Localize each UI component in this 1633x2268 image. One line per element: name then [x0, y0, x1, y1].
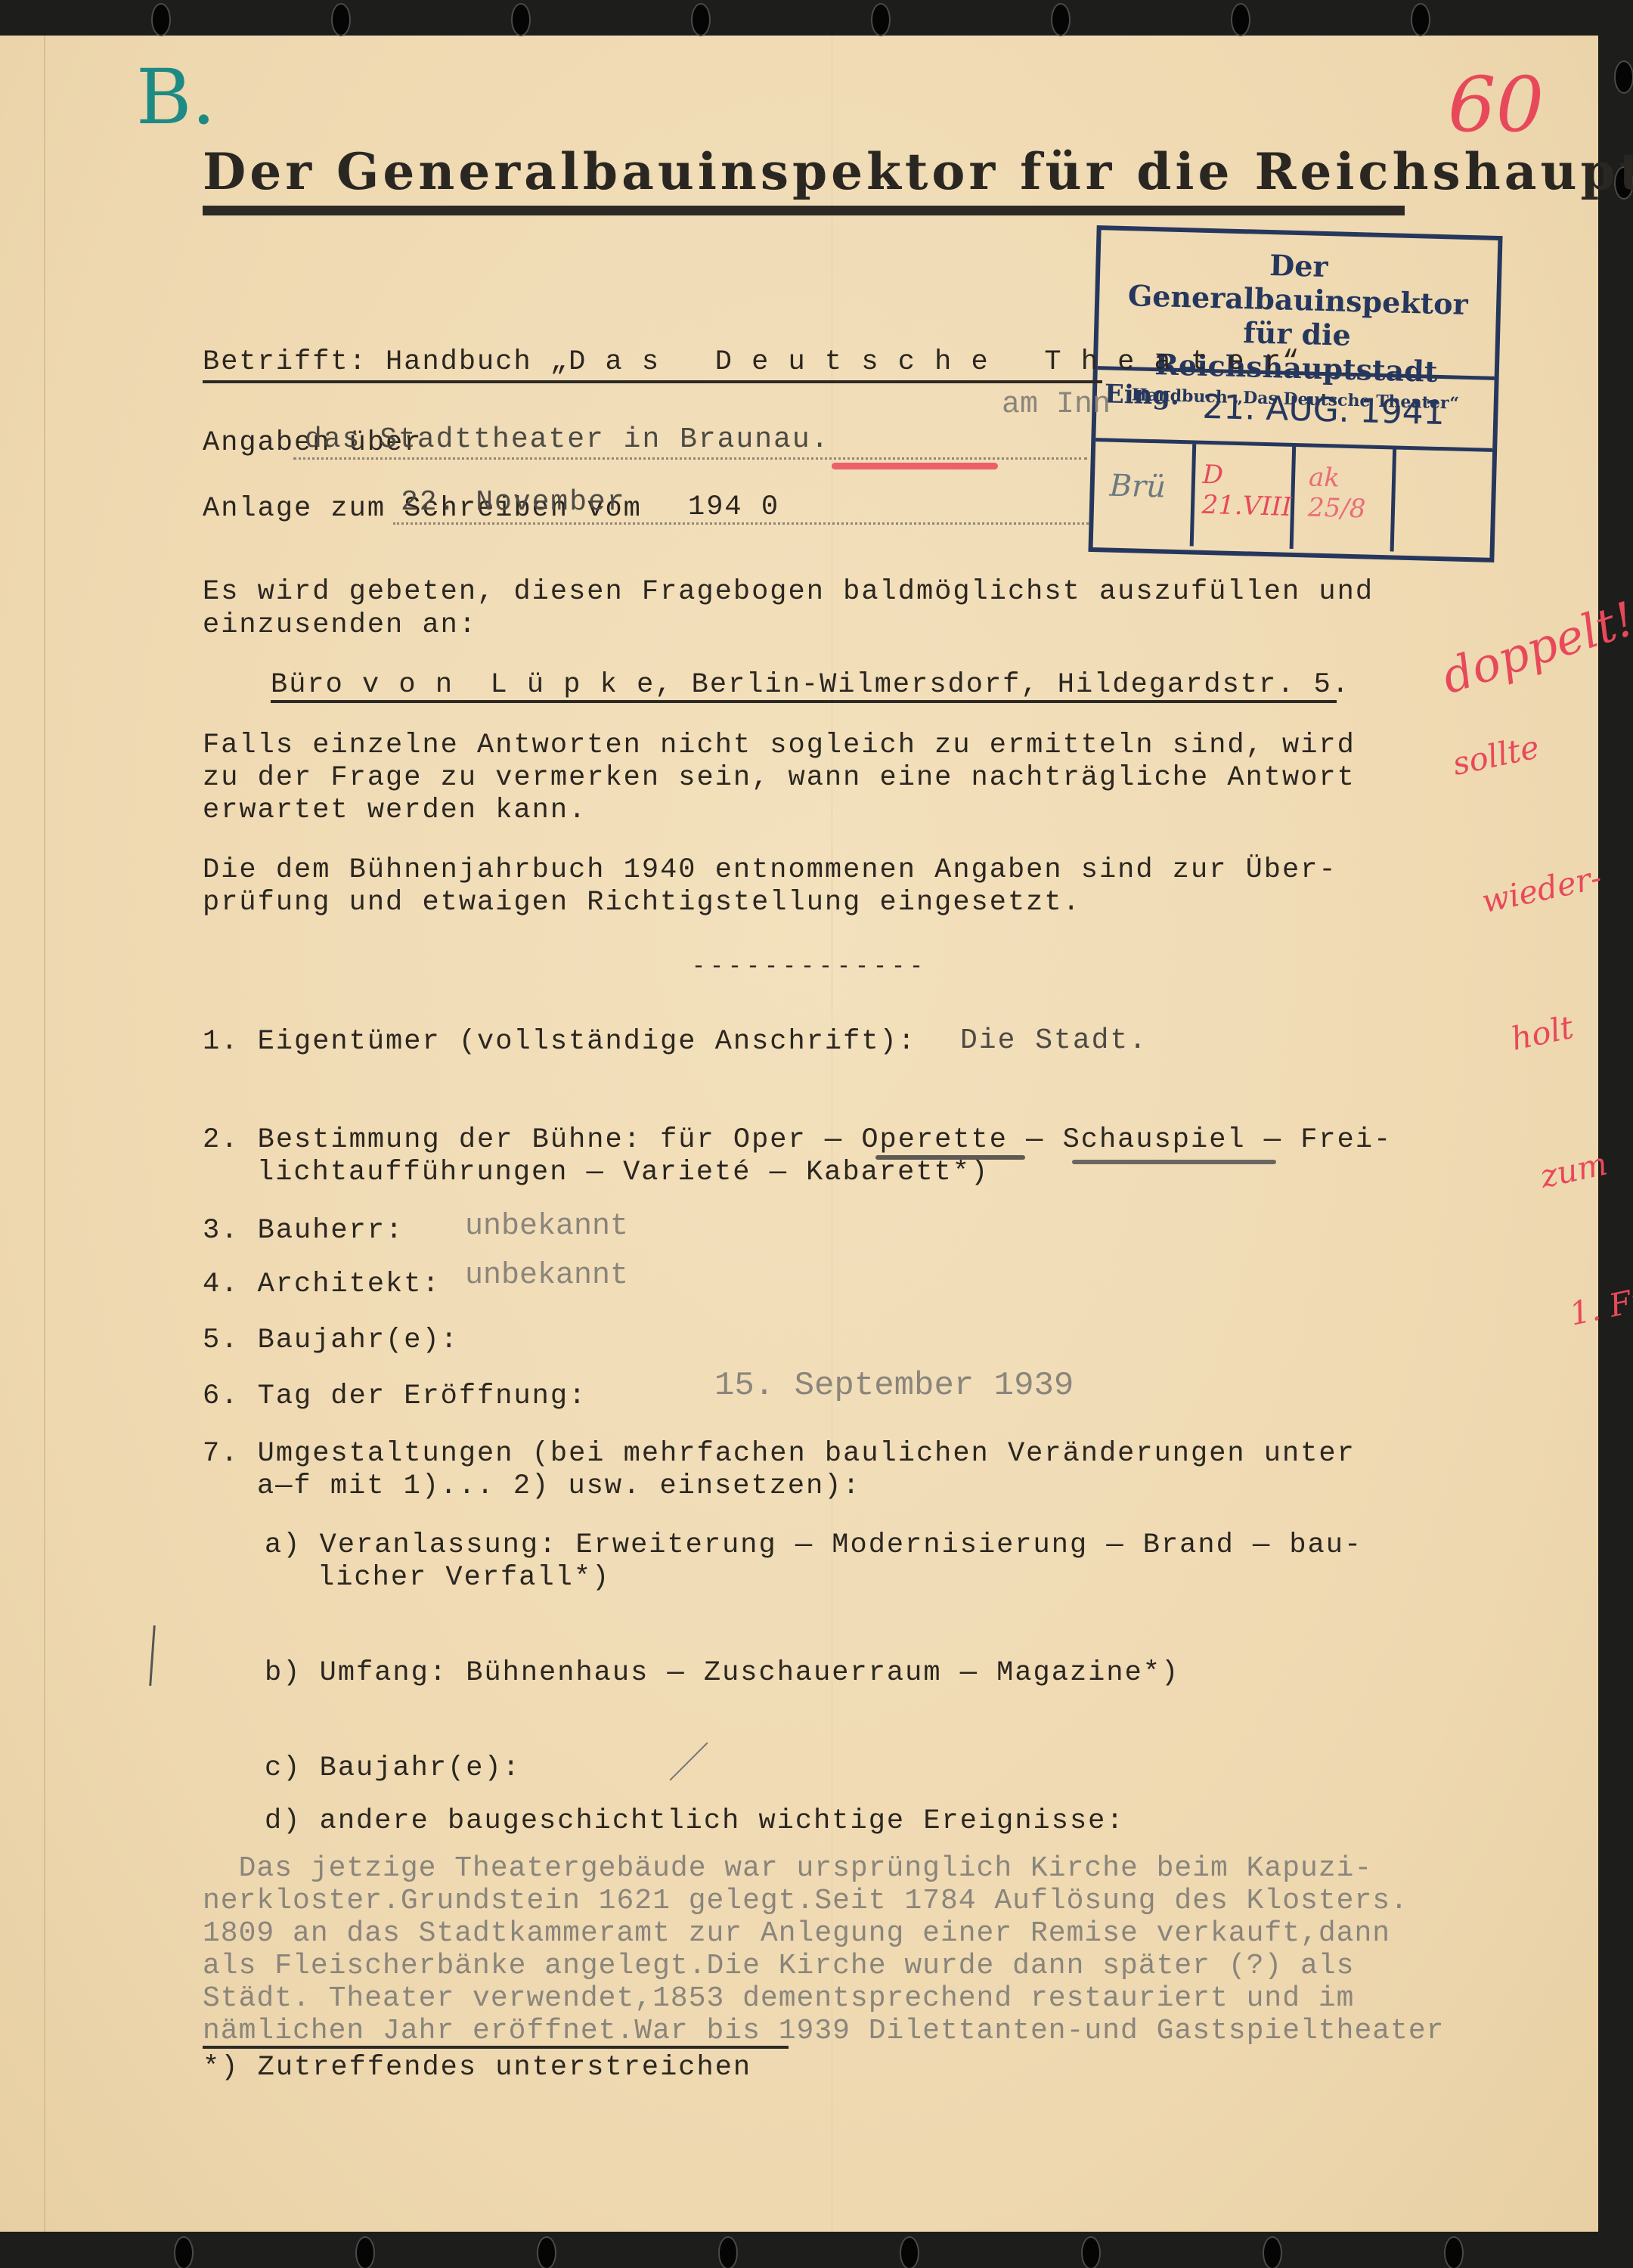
margin-note-line: 1. Fragebg.! — [1565, 1250, 1633, 1337]
punch-hole — [1231, 3, 1250, 36]
question-7b: b) Umfang: Bühnenhaus — Zuschauerraum — … — [265, 1657, 1179, 1689]
answer-3[interactable]: unbekannt — [465, 1210, 628, 1244]
answer-4[interactable]: unbekannt — [465, 1259, 628, 1293]
die-line-2: prüfung und etwaigen Richtigstellung ein… — [203, 887, 1081, 919]
intro-line-1: Es wird gebeten, diesen Fragebogen baldm… — [203, 576, 1374, 608]
stamp-date-row: Eing. 21. AUG. 1941 — [1095, 370, 1494, 452]
pencil-underline-schauspiel — [1072, 1160, 1276, 1164]
punch-hole — [691, 3, 711, 36]
address-line: Büro v o n L ü p k e, Berlin-Wilmersdorf… — [271, 669, 1350, 701]
anlage-year[interactable]: 194 0 — [688, 491, 779, 523]
punch-hole — [1081, 2236, 1101, 2268]
history-line-5[interactable]: Städt. Theater verwendet,1853 dementspre… — [203, 1982, 1354, 2015]
question-3: 3. Bauherr: — [203, 1215, 404, 1247]
stamp-line-1: Der Generalbauinspektor — [1099, 230, 1498, 322]
page-number: 60 — [1448, 60, 1544, 149]
separator: ------------- — [692, 954, 928, 980]
intro-line-2: einzusenden an: — [203, 609, 477, 641]
question-4: 4. Architekt: — [203, 1269, 441, 1300]
punch-hole — [511, 3, 531, 36]
margin-note-line: wieder- — [1477, 838, 1633, 925]
punch-hole — [1614, 60, 1633, 94]
history-line-6[interactable]: nämlichen Jahr eröffnet.War bis 1939 Dil… — [203, 2015, 1444, 2047]
address-underline — [271, 700, 1337, 703]
question-1: 1. Eigentümer (vollständige Anschrift): — [203, 1026, 916, 1058]
margin-note-line: sollte — [1449, 701, 1633, 788]
stamp-cell-text: Brü — [1109, 469, 1166, 505]
punch-hole — [151, 3, 171, 36]
stamp-received-date: 21. AUG. 1941 — [1202, 388, 1446, 432]
history-line-3[interactable]: 1809 an das Stadtkammeramt zur Anlegung … — [203, 1917, 1390, 1950]
falls-line-2: zu der Frage zu vermerken sein, wann ein… — [203, 762, 1356, 794]
question-6: 6. Tag der Eröffnung: — [203, 1380, 587, 1412]
anlage-value[interactable]: 22. November — [401, 486, 626, 519]
question-7-line-1: 7. Umgestaltungen (bei mehrfachen baulic… — [203, 1438, 1356, 1470]
punch-hole — [174, 2236, 194, 2268]
punch-hole — [1051, 3, 1071, 36]
falls-line-3: erwartet werden kann. — [203, 795, 587, 826]
die-line-1: Die dem Bühnenjahrbuch 1940 entnommenen … — [203, 854, 1337, 886]
question-2-line-2: lichtaufführungen — Varieté — Kabarett*) — [257, 1157, 989, 1188]
stamp-cell-text: D 21.VIII — [1201, 460, 1278, 522]
answer-6[interactable]: 15. September 1939 — [714, 1367, 1074, 1405]
subject-underline — [203, 380, 1102, 383]
subject-insert: am Inn — [1002, 388, 1111, 422]
footnote: *) Zutreffendes unterstreichen — [203, 2052, 751, 2084]
red-underline — [832, 463, 998, 469]
punch-hole — [1444, 2236, 1464, 2268]
stamp-cell-text: ak 25/8 — [1308, 463, 1377, 525]
stamp-cell: D 21.VIII — [1193, 445, 1296, 549]
punch-hole — [900, 2236, 919, 2268]
question-7-line-2: a—f mit 1)... 2) usw. einsetzen): — [257, 1470, 861, 1502]
punch-hole — [331, 3, 351, 36]
subject-line: Betrifft: Handbuch „D a s D e u t s c h … — [203, 346, 1300, 378]
question-7c: c) Baujahr(e): — [265, 1752, 521, 1784]
margin-note-line: holt — [1507, 975, 1633, 1062]
punch-hole — [1263, 2236, 1282, 2268]
stamp-cell: Brü — [1093, 442, 1196, 546]
angaben-dotted-line — [293, 457, 1087, 460]
punch-hole — [537, 2236, 556, 2268]
question-7a-line-2: licher Verfall*) — [318, 1562, 610, 1594]
answer-1[interactable]: Die Stadt. — [960, 1024, 1148, 1057]
stamp-cell — [1393, 450, 1492, 554]
punch-hole — [1411, 3, 1430, 36]
history-line-4[interactable]: als Fleischerbänke angelegt.Die Kirche w… — [203, 1950, 1354, 1982]
history-line-1[interactable]: Das jetzige Theatergebäude war ursprüngl… — [203, 1852, 1372, 1885]
stamp-received-label: Eing. — [1104, 379, 1179, 411]
margin-note-line: zum — [1536, 1113, 1633, 1200]
stamp-cell: ak 25/8 — [1294, 447, 1396, 551]
letterhead-title: Der Generalbauinspektor für die Reichsha… — [203, 142, 1633, 201]
pencil-underline-operette — [875, 1155, 1025, 1160]
footnote-rule — [203, 2046, 789, 2049]
handwritten-mark-b: B. — [136, 53, 215, 141]
history-line-2[interactable]: nerkloster.Grundstein 1621 gelegt.Seit 1… — [203, 1885, 1408, 1917]
punch-hole — [355, 2236, 375, 2268]
fold-line — [44, 36, 45, 2232]
question-5: 5. Baujahr(e): — [203, 1325, 459, 1356]
punch-hole — [871, 3, 891, 36]
angaben-value[interactable]: das Stadttheater in Braunau. — [305, 423, 830, 456]
question-7a-line-1: a) Veranlassung: Erweiterung — Modernisi… — [265, 1529, 1362, 1561]
punch-hole — [718, 2236, 738, 2268]
falls-line-1: Falls einzelne Antworten nicht sogleich … — [203, 730, 1356, 761]
stamp-initials-row: Brü D 21.VIII ak 25/8 — [1093, 442, 1492, 554]
question-2-line-1: 2. Bestimmung der Bühne: für Oper — Oper… — [203, 1124, 1392, 1156]
received-stamp: Der Generalbauinspektor für die Reichsha… — [1088, 225, 1502, 562]
question-7d: d) andere baugeschichtlich wichtige Erei… — [265, 1805, 1125, 1837]
letterhead-rule — [203, 206, 1405, 215]
